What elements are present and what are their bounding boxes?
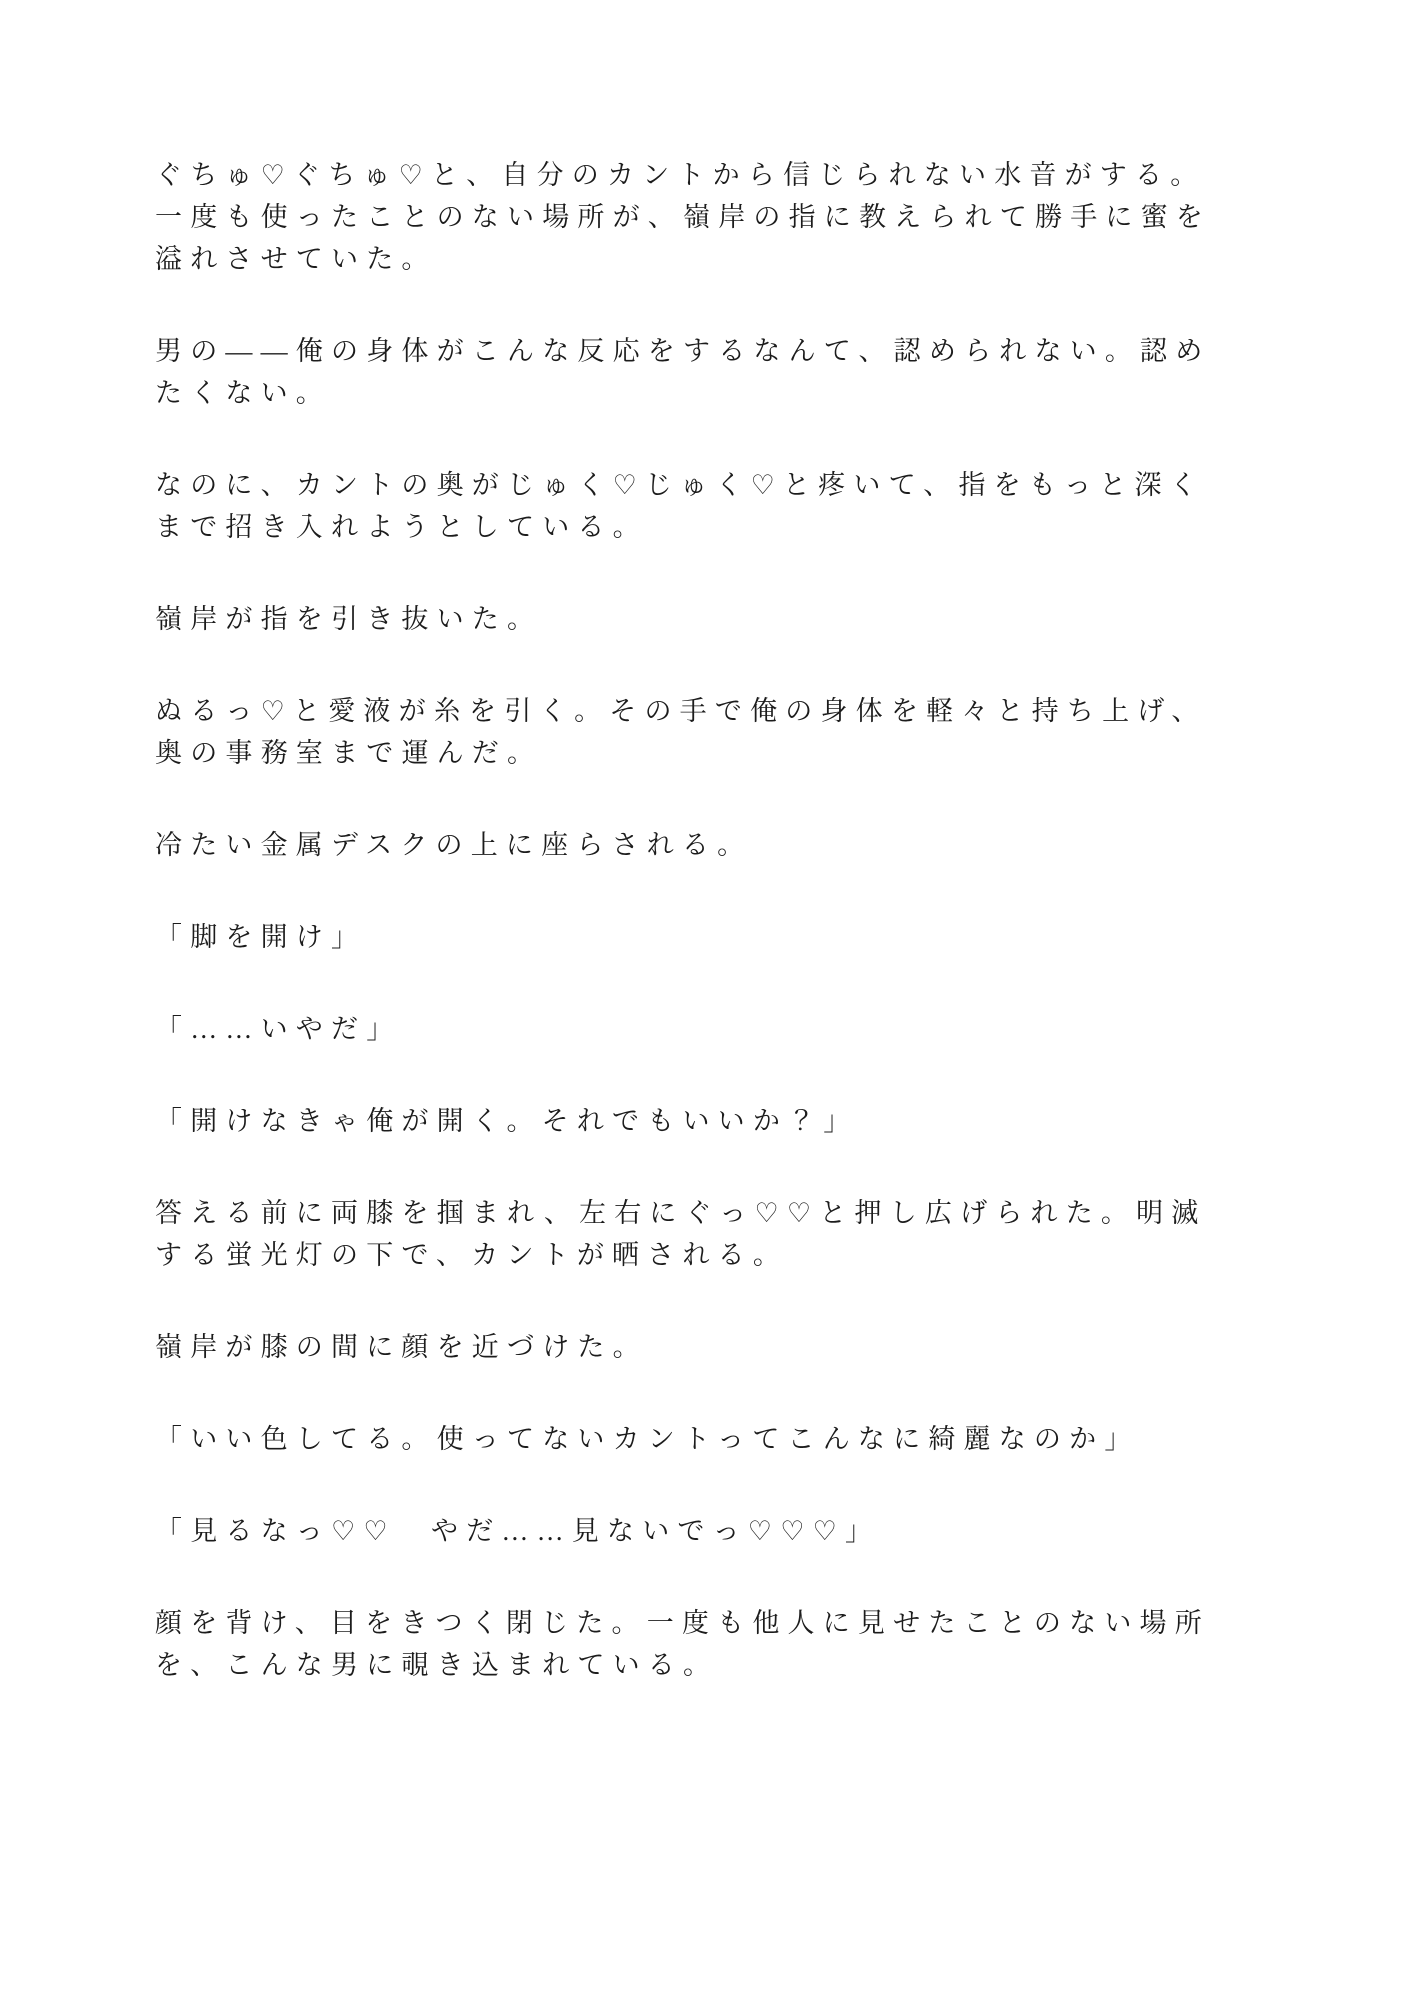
paragraph: ぐちゅ♡ぐちゅ♡と、自分のカントから信じられない水音がする。一度も使ったことのな… [155,154,1217,280]
paragraph: 嶺岸が膝の間に顔を近づけた。 [155,1326,1217,1368]
text-content: ぐちゅ♡ぐちゅ♡と、自分のカントから信じられない水音がする。一度も使ったことのな… [155,154,1217,1686]
paragraph-dialogue: 「……いやだ」 [155,1008,1217,1050]
paragraph: 男の——俺の身体がこんな反応をするなんて、認められない。認めたくない。 [155,330,1217,414]
paragraph: ぬるっ♡と愛液が糸を引く。その手で俺の身体を軽々と持ち上げ、奥の事務室まで運んだ… [155,690,1217,774]
paragraph-dialogue: 「脚を開け」 [155,916,1217,958]
paragraph-dialogue: 「いい色してる。使ってないカントってこんなに綺麗なのか」 [155,1418,1217,1460]
document-page: ぐちゅ♡ぐちゅ♡と、自分のカントから信じられない水音がする。一度も使ったことのな… [0,0,1415,2000]
paragraph-dialogue: 「開けなきゃ俺が開く。それでもいいか？」 [155,1100,1217,1142]
paragraph-dialogue: 「見るなっ♡♡ やだ……見ないでっ♡♡♡」 [155,1510,1217,1552]
paragraph: 冷たい金属デスクの上に座らされる。 [155,824,1217,866]
paragraph: 顔を背け、目をきつく閉じた。一度も他人に見せたことのない場所を、こんな男に覗き込… [155,1602,1217,1686]
paragraph: なのに、カントの奥がじゅく♡じゅく♡と疼いて、指をもっと深くまで招き入れようとし… [155,464,1217,548]
paragraph: 嶺岸が指を引き抜いた。 [155,598,1217,640]
paragraph: 答える前に両膝を掴まれ、左右にぐっ♡♡と押し広げられた。明滅する蛍光灯の下で、カ… [155,1192,1217,1276]
